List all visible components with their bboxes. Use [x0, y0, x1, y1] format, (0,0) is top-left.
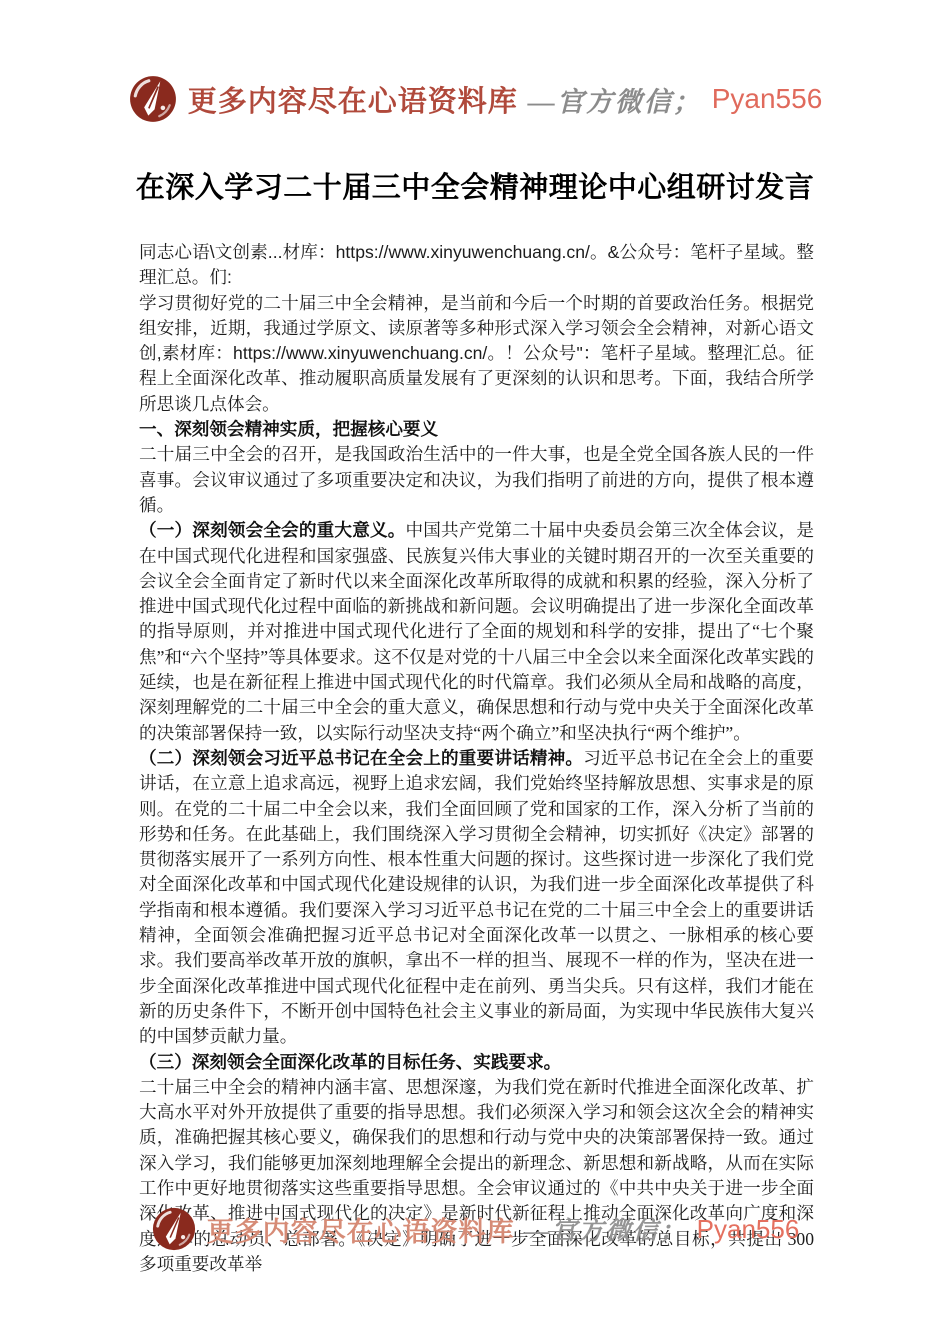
document-body: 同志心语\文创素...材库：https://www.xinyuwenchuang… — [139, 240, 814, 1277]
footer-brand: 更多内容尽在心语资料库—官方微信；Pyan556 — [0, 1206, 950, 1252]
paragraph: 二十届三中全会的召开，是我国政治生活中的一件大事，也是全党全国各族人民的一件喜事… — [139, 442, 814, 518]
paragraph: 学习贯彻好党的二十届三中全会精神，是当前和今后一个时期的首要政治任务。根据党组安… — [139, 291, 814, 417]
section-heading-text: （三）深刻领会全面深化改革的目标任务、实践要求。 — [139, 1052, 561, 1072]
paragraph-text: 同志心语\文创素...材库：https://www.xinyuwenchuang… — [139, 242, 814, 287]
footer-brand-separator: —官方微信； — [525, 1211, 687, 1247]
paragraph-lead: （一）深刻领会全会的重大意义。 — [139, 520, 406, 540]
pen-logo-icon — [151, 1206, 197, 1252]
header-brand: 更多内容尽在心语资料库—官方微信；Pyan556 — [0, 74, 950, 124]
paragraph-text: 学习贯彻好党的二十届三中全会精神，是当前和今后一个时期的首要政治任务。根据党组安… — [139, 293, 814, 414]
paragraph-text: 中国共产党第二十届中央委员会第三次全体会议，是在中国式现代化进程和国家强盛、民族… — [139, 520, 814, 742]
footer-brand-text: 更多内容尽在心语资料库 — [207, 1210, 515, 1249]
pen-logo-icon — [128, 74, 178, 124]
paragraph-text: 二十届三中全会的召开，是我国政治生活中的一件大事，也是全党全国各族人民的一件喜事… — [139, 444, 814, 515]
header-brand-wechat-id: Pyan556 — [712, 83, 823, 115]
paragraph-text: 习近平总书记在全会上的重要讲话，在立意上追求高远，视野上追求宏阔，我们党始终坚持… — [139, 748, 814, 1046]
page-title: 在深入学习二十届三中全会精神理论中心组研讨发言 — [0, 165, 950, 206]
paragraph: （二）深刻领会习近平总书记在全会上的重要讲话精神。习近平总书记在全会上的重要讲话… — [139, 746, 814, 1050]
section-heading: （三）深刻领会全面深化改革的目标任务、实践要求。 — [139, 1050, 814, 1075]
paragraph: （一）深刻领会全会的重大意义。中国共产党第二十届中央委员会第三次全体会议，是在中… — [139, 518, 814, 746]
paragraph-lead: （二）深刻领会习近平总书记在全会上的重要讲话精神。 — [139, 748, 583, 768]
header-brand-text: 更多内容尽在心语资料库 — [188, 79, 518, 120]
section-heading: 一、深刻领会精神实质，把握核心要义 — [139, 417, 814, 442]
section-heading-text: 一、深刻领会精神实质，把握核心要义 — [139, 419, 438, 439]
footer-brand-wechat-id: Pyan556 — [697, 1214, 800, 1245]
header-brand-separator: —官方微信； — [528, 80, 702, 119]
document-page: 更多内容尽在心语资料库—官方微信；Pyan556 在深入学习二十届三中全会精神理… — [0, 0, 950, 1344]
paragraph: 同志心语\文创素...材库：https://www.xinyuwenchuang… — [139, 240, 814, 291]
